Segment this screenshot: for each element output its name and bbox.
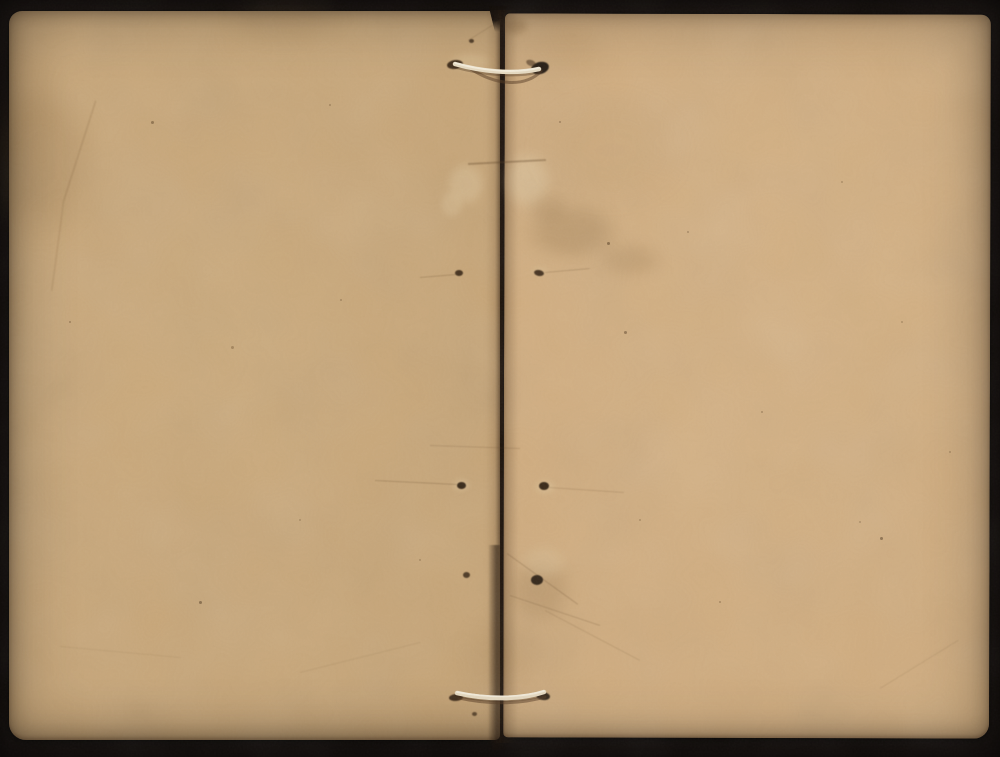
right-page: [503, 13, 991, 738]
notebook-scan: [0, 0, 1000, 757]
left-page: [9, 11, 500, 740]
